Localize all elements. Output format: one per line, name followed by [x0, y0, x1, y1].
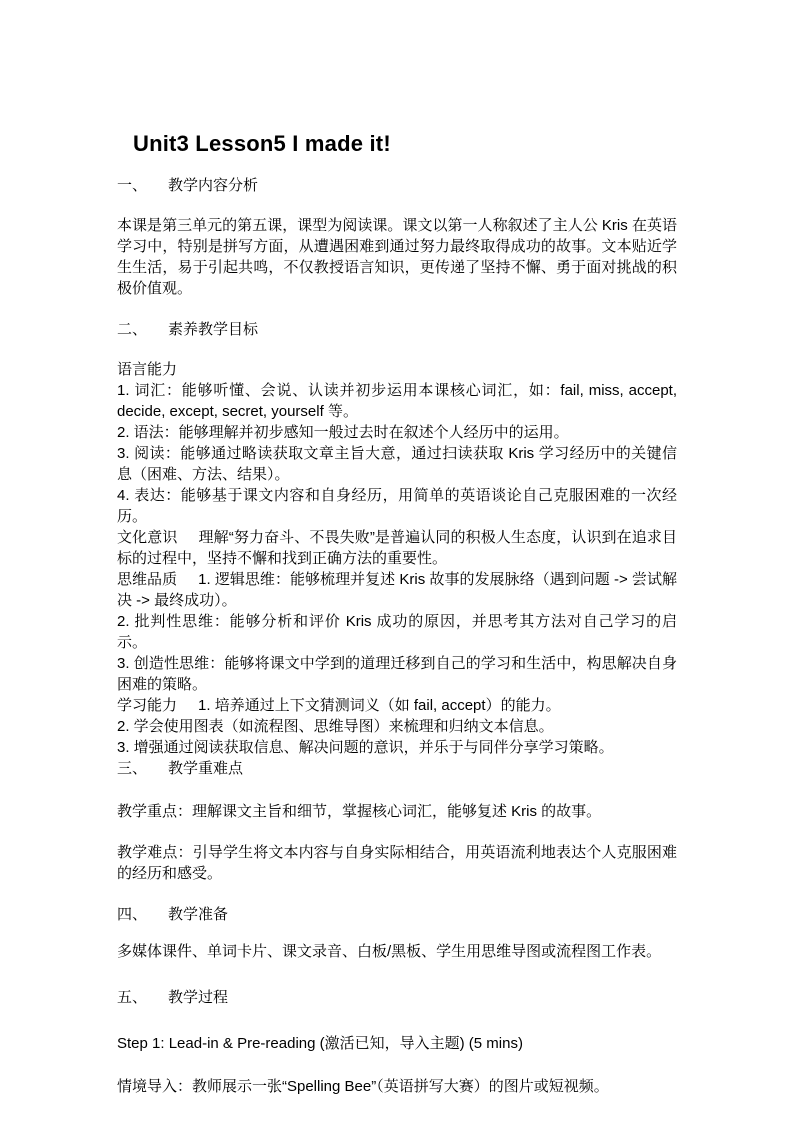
heading-text: 教学内容分析: [168, 177, 258, 194]
teaching-difficulty-paragraph: 教学难点：引导学生将文本内容与自身实际相结合，用英语流利地表达个人克服困难的经历…: [117, 842, 677, 884]
creative-thinking-objective: 3. 创造性思维：能够将课文中学到的道理迁移到自己的学习和生活中，构思解决自身困…: [117, 653, 677, 695]
heading-number: 一、: [117, 177, 147, 194]
document-page: Unit3 Lesson5 I made it! 一、教学内容分析 本课是第三单…: [0, 0, 794, 1123]
chart-use-objective: 2. 学会使用图表（如流程图、思维导图）来梳理和归纳文本信息。: [117, 716, 677, 737]
heading-text: 素养教学目标: [168, 321, 258, 338]
step1-title: Step 1: Lead-in & Pre-reading (激活已知，导入主题…: [117, 1033, 677, 1054]
content-analysis-paragraph: 本课是第三单元的第五课，课型为阅读课。课文以第一人称叙述了主人公 Kris 在英…: [117, 215, 677, 299]
page-title: Unit3 Lesson5 I made it!: [133, 131, 677, 157]
culture-awareness-text: 理解“努力奋斗、不畏失败”是普遍认同的积极人生态度，认识到在追求目标的过程中，坚…: [117, 529, 677, 567]
heading-number: 四、: [117, 906, 147, 923]
heading-number: 二、: [117, 321, 147, 338]
section-1-heading: 一、教学内容分析: [117, 175, 677, 196]
preparation-paragraph: 多媒体课件、单词卡片、课文录音、白板/黑板、学生用思维导图或流程图工作表。: [117, 941, 677, 962]
reading-strategy-objective: 3. 增强通过阅读获取信息、解决问题的意识，并乐于与同伴分享学习策略。: [117, 737, 677, 758]
vocab-objective: 1. 词汇：能够听懂、会说、认读并初步运用本课核心词汇，如：fail, miss…: [117, 380, 677, 422]
teaching-focus-paragraph: 教学重点：理解课文主旨和细节，掌握核心词汇，能够复述 Kris 的故事。: [117, 801, 677, 822]
culture-awareness-paragraph: 文化意识理解“努力奋斗、不畏失败”是普遍认同的积极人生态度，认识到在追求目标的过…: [117, 527, 677, 569]
logical-thinking-objective: 1. 逻辑思维：能够梳理并复述 Kris 故事的发展脉络（遇到问题 -> 尝试解…: [117, 571, 677, 609]
word-guessing-objective: 1. 培养通过上下文猜测词义（如 fail, accept）的能力。: [198, 697, 561, 714]
section-4-heading: 四、教学准备: [117, 904, 677, 925]
heading-number: 五、: [117, 989, 147, 1006]
heading-text: 教学准备: [168, 906, 228, 923]
heading-text: 教学重难点: [168, 760, 243, 777]
thinking-quality-label: 思维品质: [117, 571, 177, 588]
heading-number: 三、: [117, 760, 147, 777]
reading-objective: 3. 阅读：能够通过略读获取文章主旨大意，通过扫读获取 Kris 学习经历中的关…: [117, 443, 677, 485]
document-content: Unit3 Lesson5 I made it! 一、教学内容分析 本课是第三单…: [117, 131, 677, 1117]
learning-ability-label: 学习能力: [117, 697, 177, 714]
language-ability-label: 语言能力: [117, 359, 677, 380]
culture-awareness-label: 文化意识: [117, 529, 177, 546]
grammar-objective: 2. 语法：能够理解并初步感知一般过去时在叙述个人经历中的运用。: [117, 422, 677, 443]
section-2-heading: 二、素养教学目标: [117, 319, 677, 340]
section-5-heading: 五、教学过程: [117, 987, 677, 1008]
critical-thinking-objective: 2. 批判性思维：能够分析和评价 Kris 成功的原因，并思考其方法对自己学习的…: [117, 611, 677, 653]
thinking-quality-paragraph: 思维品质1. 逻辑思维：能够梳理并复述 Kris 故事的发展脉络（遇到问题 ->…: [117, 569, 677, 611]
section-3-heading: 三、教学重难点: [117, 758, 677, 779]
step1-paragraph: 情境导入：教师展示一张“Spelling Bee”（英语拼写大赛）的图片或短视频…: [117, 1076, 677, 1097]
heading-text: 教学过程: [168, 989, 228, 1006]
learning-ability-paragraph: 学习能力1. 培养通过上下文猜测词义（如 fail, accept）的能力。: [117, 695, 677, 716]
expression-objective: 4. 表达：能够基于课文内容和自身经历，用简单的英语谈论自己克服困难的一次经历。: [117, 485, 677, 527]
